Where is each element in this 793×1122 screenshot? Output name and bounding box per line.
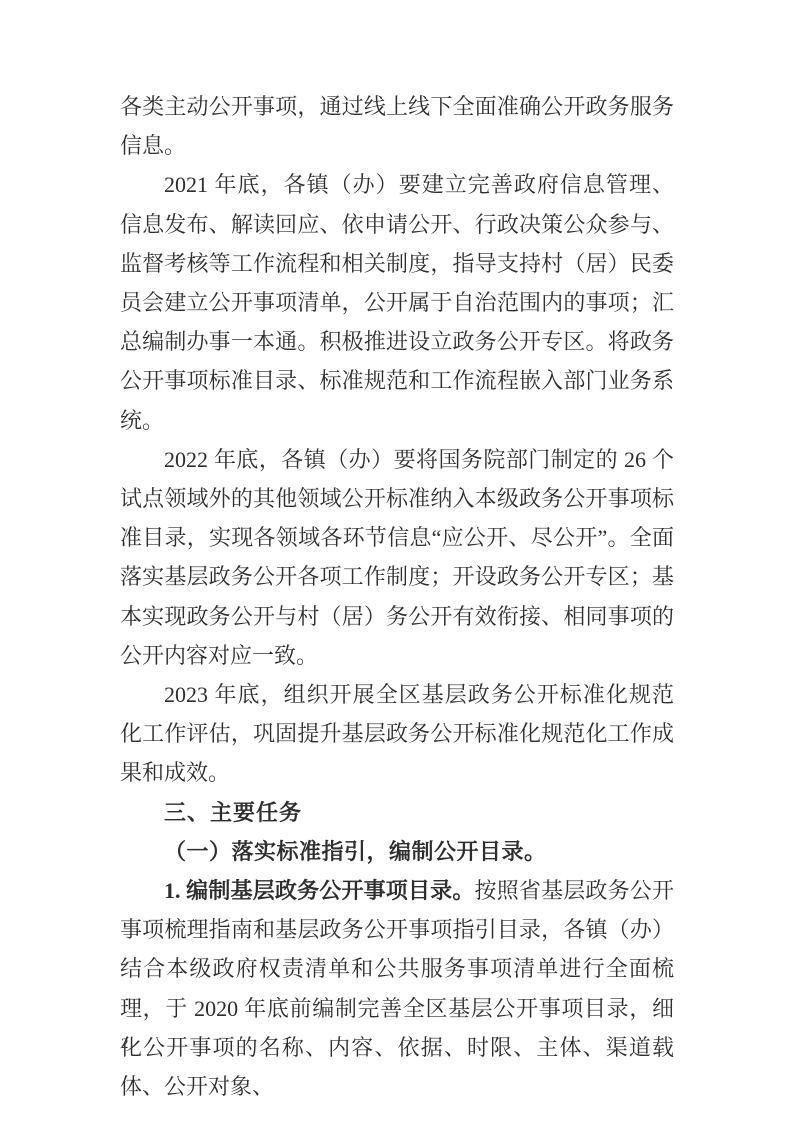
paragraph-continuation: 各类主动公开事项，通过线上线下全面准确公开政务服务信息。: [120, 87, 674, 165]
document-page: 各类主动公开事项，通过线上线下全面准确公开政务服务信息。 2021 年底，各镇（…: [0, 0, 793, 1122]
subsection-heading-standards: （一）落实标准指引，编制公开目录。: [120, 832, 674, 871]
task-1-body: 按照省基层政务公开事项梳理指南和基层政务公开事项指引目录，各镇（办）结合本级政府…: [120, 878, 674, 1099]
task-1-lead: 1. 编制基层政务公开事项目录。: [164, 878, 475, 903]
paragraph-2023-targets: 2023 年底，组织开展全区基层政务公开标准化规范化工作评估，巩固提升基层政务公…: [120, 675, 674, 793]
paragraph-2021-targets: 2021 年底，各镇（办）要建立完善政府信息管理、信息发布、解读回应、依申请公开…: [120, 165, 674, 439]
section-heading-main-tasks: 三、主要任务: [120, 793, 674, 832]
document-body: 各类主动公开事项，通过线上线下全面准确公开政务服务信息。 2021 年底，各镇（…: [120, 87, 674, 1106]
page-number: 2: [121, 1036, 129, 1053]
paragraph-task-1: 1. 编制基层政务公开事项目录。按照省基层政务公开事项梳理指南和基层政务公开事项…: [120, 871, 674, 1106]
paragraph-2022-targets: 2022 年底，各镇（办）要将国务院部门制定的 26 个试点领域外的其他领域公开…: [120, 440, 674, 675]
